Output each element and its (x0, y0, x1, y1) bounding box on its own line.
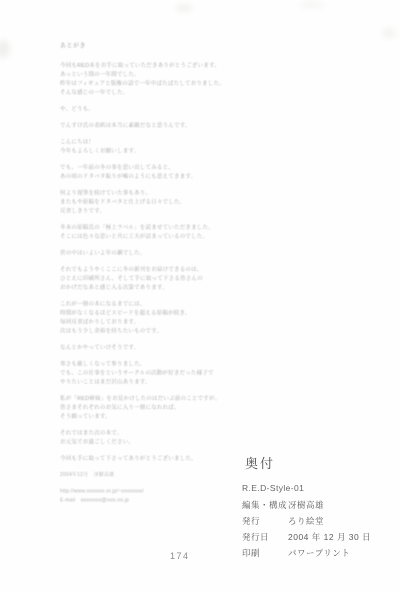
afterword-line: あっという間の一年間でした。 (60, 70, 210, 79)
afterword-line: でも、一年前の冬の事を思い出してみると、 (60, 163, 210, 172)
afterword-line: これが一冊の本になるまでには、 (60, 300, 210, 309)
afterword-line: 今回も手に取って下さってありがとうございました。 (60, 454, 210, 463)
page-number: 174 (170, 551, 210, 561)
colophon-block: 奥付 R.E.D-Style-01 編集・構成冴樹高雄発行ろり絵堂発行日2004… (242, 456, 392, 561)
colophon-row: 印刷パワープリント (242, 545, 392, 561)
afterword-paragraph: 今回もRED本をお手に取っていただきありがとうございます。あっという間の一年間で… (60, 61, 210, 97)
colophon-row-value: 冴樹高雄 (288, 499, 324, 511)
afterword-line: それでもようやくここに冬の新刊をお届けできるのは、 (60, 265, 210, 274)
afterword-line: それではまた次の本で。 (60, 429, 210, 438)
afterword-paragraph: こんにちは！今年もよろしくお願いします。 (60, 138, 210, 156)
afterword-line: あの頃のドタバタ振りが嘘のようにも思えてきます。 (60, 172, 210, 181)
colophon-row-label: 発行 (242, 515, 288, 527)
afterword-paragraph: それではまた次の本で。お元気でお過ごしください。 (60, 429, 210, 447)
afterword-line: 皆さまそれぞれのお気に入り一冊になれれば、 (60, 403, 210, 412)
afterword-paragraph: でんすけ氏の表紙は本当に素敵だなと思うんです。 (60, 121, 210, 130)
colophon-row-value: ろり絵堂 (288, 515, 324, 527)
afterword-line: 昨年はフィギュアと版権の話で一年中ばたばたしておりました。 (60, 79, 210, 88)
afterword-line: そう願っています。 (60, 412, 210, 421)
afterword-paragraph: http://www.oooooo.or.jp/~ooooooo/E-mail … (60, 487, 210, 505)
afterword-paragraph: 世の中はいよいよ年の瀬でした。 (60, 249, 210, 258)
afterword-line: 今回もRED本をお手に取っていただきありがとうございます。 (60, 61, 210, 70)
afterword-line: 私が「RED姉妹」をお見かけしたのはだいぶ前のことですが、 (60, 394, 210, 403)
afterword-paragraph: でも、一年前の冬の事を思い出してみると、あの頃のドタバタ振りが嘘のようにも思えて… (60, 163, 210, 181)
afterword-line: 寒さも厳しくなって参りました。 (60, 360, 210, 369)
afterword-line: 世の中はいよいよ年の瀬でした。 (60, 249, 210, 258)
afterword-line: E-mail ooooooo@ooo.oo.jp (60, 496, 210, 505)
afterword-paragraph: 寒さも厳しくなって参りました。でも、この仕事をというサークルの活動が好きだった様… (60, 360, 210, 387)
afterword-line: そんな感じの一年でした。 (60, 88, 210, 97)
afterword-line: 反省しきりです。 (60, 207, 210, 216)
colophon-row: 発行日2004 年 12 月 30 日 (242, 529, 392, 545)
colophon-row-value: 2004 年 12 月 30 日 (288, 531, 371, 543)
scan-smudge (382, 28, 396, 38)
afterword-line: 次はもう少し余裕を持ちたいものです。 (60, 327, 210, 336)
colophon-row-label: 発行日 (242, 531, 288, 543)
book-title: R.E.D-Style-01 (242, 483, 392, 493)
afterword-line: 今年もよろしくお願いします。 (60, 147, 210, 156)
colophon-row-label: 編集・構成 (242, 499, 288, 511)
afterword-line: でんすけ氏の表紙は本当に素敵だなと思うんです。 (60, 121, 210, 130)
afterword-paragraph: や、どうも。 (60, 105, 210, 114)
afterword-paragraph: これが一冊の本になるまでには、時間がなくなるほどスピードを超える原稿が続き、毎回… (60, 300, 210, 336)
afterword-paragraph: それでもようやくここに冬の新刊をお届けできるのは、ひとえに印刷所さん、そして手に… (60, 265, 210, 292)
afterword-paragraph: 冬本の原稿氏の「極上ラベル」を読ませていただきました。そこには色々な思いと共に工… (60, 223, 210, 241)
afterword-line: ひとえに印刷所さん、そして手に取って下さる皆さんの (60, 274, 210, 283)
afterword-line: でも、この仕事をというサークルの活動が好きだった様子で (60, 369, 210, 378)
afterword-paragraph: 今回も手に取って下さってありがとうございました。 (60, 454, 210, 463)
afterword-line: そこには色々な思いと共に工夫が詰まっているのでした。 (60, 232, 210, 241)
afterword-line: 毎回反省ばかりしております。 (60, 318, 210, 327)
afterword-line: こんにちは！ (60, 138, 210, 147)
afterword-paragraph: なんとかやっていけそうです。 (60, 343, 210, 352)
afterword-paragraph: 何より遅筆を続けていた事もあり、またもや原稿をドタバタと仕上げる日々でした。反省… (60, 189, 210, 216)
afterword-line: おかげだなあと感じ入る次第であります。 (60, 283, 210, 292)
colophon-row-value: パワープリント (288, 547, 350, 559)
afterword-line: や、どうも。 (60, 105, 210, 114)
afterword-line: 何より遅筆を続けていた事もあり、 (60, 189, 210, 198)
afterword-column: あとがき 今回もRED本をお手に取っていただきありがとうございます。あっという間… (60, 42, 210, 513)
afterword-line: 2004年12月 冴樹高雄 (60, 471, 210, 480)
afterword-line: 時間がなくなるほどスピードを超える原稿が続き、 (60, 309, 210, 318)
afterword-paragraph: 2004年12月 冴樹高雄 (60, 471, 210, 480)
colophon-row: 編集・構成冴樹高雄 (242, 497, 392, 513)
colophon-row: 発行ろり絵堂 (242, 513, 392, 529)
scan-smudge (0, 40, 10, 58)
afterword-line: やりたいことはまだ沢山あります。 (60, 378, 210, 387)
afterword-paragraph: 私が「RED姉妹」をお見かけしたのはだいぶ前のことですが、皆さまそれぞれのお気に… (60, 394, 210, 421)
afterword-line: なんとかやっていけそうです。 (60, 343, 210, 352)
scanned-book-page: あとがき 今回もRED本をお手に取っていただきありがとうございます。あっという間… (0, 0, 400, 592)
afterword-heading: あとがき (60, 42, 210, 49)
colophon-row-label: 印刷 (242, 547, 288, 559)
scan-smudge (175, 4, 193, 12)
afterword-line: 冬本の原稿氏の「極上ラベル」を読ませていただきました。 (60, 223, 210, 232)
colophon-rows: 編集・構成冴樹高雄発行ろり絵堂発行日2004 年 12 月 30 日印刷パワープ… (242, 497, 392, 561)
afterword-line: またもや原稿をドタバタと仕上げる日々でした。 (60, 198, 210, 207)
afterword-line: http://www.oooooo.or.jp/~ooooooo/ (60, 487, 210, 496)
colophon-heading: 奥付 (245, 456, 392, 471)
afterword-line: お元気でお過ごしください。 (60, 438, 210, 447)
afterword-paragraphs: 今回もRED本をお手に取っていただきありがとうございます。あっという間の一年間で… (60, 61, 210, 505)
scan-smudge (300, 2, 324, 8)
